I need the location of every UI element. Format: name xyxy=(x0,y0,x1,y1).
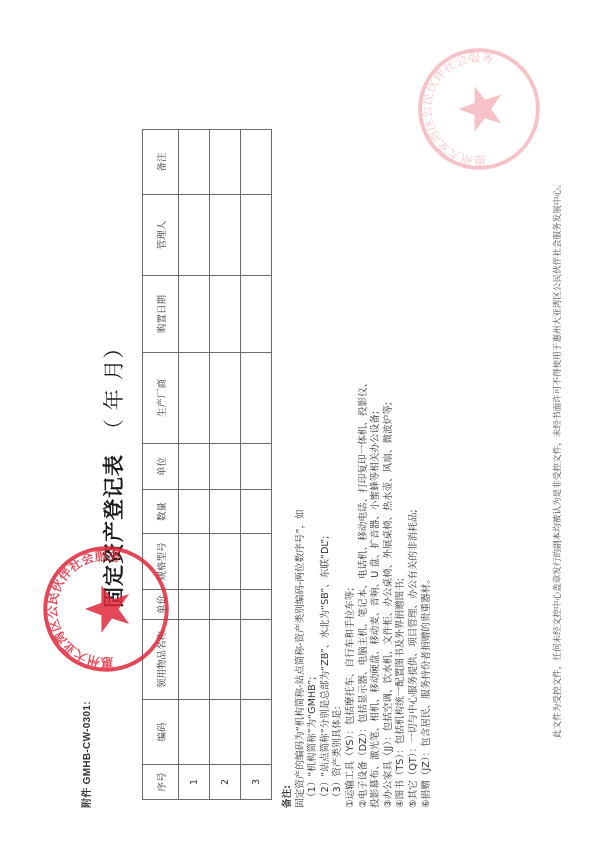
star-icon xyxy=(85,585,129,633)
table-cell xyxy=(179,276,210,353)
table-row: 2 xyxy=(210,130,241,800)
table-cell xyxy=(210,353,241,444)
note-line: ①运输工具（YS）：包括摩托车、自行车和手拉车等; xyxy=(345,88,358,808)
table-cell xyxy=(179,490,210,534)
note-line: ⑥捐赠（JZ）：包含居民、服务持份者捐赠的贵重器材。 xyxy=(421,88,434,808)
row-number-cell: 3 xyxy=(241,765,272,800)
table-cell xyxy=(179,700,210,765)
column-header: 序号 xyxy=(143,765,179,800)
table-cell xyxy=(179,590,210,620)
table-cell xyxy=(210,130,241,195)
table-cell xyxy=(179,195,210,276)
row-number-cell: 2 xyxy=(210,765,241,800)
table-cell xyxy=(210,534,241,590)
column-header: 管理人 xyxy=(143,195,179,276)
column-header: 生产厂商 xyxy=(143,353,179,444)
controlled-document-footer: 此文件为受控文件，任何未经文控中心盖章发行的副本均被认为是非受控文件，未经书面许… xyxy=(551,179,563,738)
column-header: 编码 xyxy=(143,700,179,765)
column-header: 数量 xyxy=(143,490,179,534)
note-line: （1）“机构简称”为“GMHB”; xyxy=(307,88,320,808)
table-row: 3 xyxy=(241,130,272,800)
table-cell xyxy=(210,195,241,276)
table-cell xyxy=(241,444,272,490)
table-cell xyxy=(241,700,272,765)
column-header: 购置日期 xyxy=(143,276,179,353)
note-line: ②电子设备（DZ）：包括显示器、电脑主机、笔记本、电话机、移动电话、打印复印一体… xyxy=(358,88,371,808)
note-line: 投影幕布、激光笔、相机、移动硬盘、移动麦、音响、U 盘、扩音器、小蜜蜂等相关办公… xyxy=(370,88,383,808)
table-cell xyxy=(241,353,272,444)
table-cell xyxy=(241,490,272,534)
column-header: 备注 xyxy=(143,130,179,195)
document-page: 附件 GMHB-CW-0301: 固定资产登记表（ 年 月） 序号编码领用物品名… xyxy=(0,0,600,848)
table-cell xyxy=(241,130,272,195)
note-line: （2）“站点简称”分别是总部为“ZB”、水北为“SB”、东联“DL”; xyxy=(320,88,333,808)
note-line: ⑤其它（QT）：一切与中心服务提供、项目管理、办公有关的非消耗品; xyxy=(408,88,421,808)
note-line: ③办公家具（JJ）：包括空调、饮水机、文件柜、办公桌椅、外展桌椅、热水壶、风扇、… xyxy=(383,88,396,808)
table-cell xyxy=(241,620,272,700)
table-cell xyxy=(210,590,241,620)
attachment-code: 附件 GMHB-CW-0301: xyxy=(78,701,93,808)
column-header: 单位 xyxy=(143,444,179,490)
star-icon xyxy=(459,86,502,132)
table-cell xyxy=(210,620,241,700)
table-cell xyxy=(241,534,272,590)
table-cell xyxy=(210,700,241,765)
table-cell xyxy=(179,444,210,490)
table-row: 1 xyxy=(179,130,210,800)
note-line: 固定资产的编码为“机构简称-站点简称-资产类别编码-两位数序号”，如 xyxy=(295,88,308,808)
table-cell xyxy=(210,490,241,534)
note-line: ④图书（TS）：包括机构统一配置图书及外界捐赠图书; xyxy=(395,88,408,808)
table-cell xyxy=(241,195,272,276)
table-cell xyxy=(179,620,210,700)
seal-graphic: 惠州大亚湾区公民伙伴社会服务发展中心 xyxy=(40,538,172,680)
note-line: （3）资产类别具体是: xyxy=(332,88,345,808)
table-cell xyxy=(179,130,210,195)
table-cell xyxy=(179,534,210,590)
notes-heading: 备注: xyxy=(282,88,295,808)
table-cell xyxy=(241,276,272,353)
table-cell xyxy=(210,276,241,353)
faded-seal-stamp: 惠州大亚湾区公民伙伴社会服务发展中心 xyxy=(415,45,543,173)
row-number-cell: 1 xyxy=(179,765,210,800)
table-cell xyxy=(241,590,272,620)
seal-graphic-faded: 惠州大亚湾区公民伙伴社会服务发展中心 xyxy=(415,45,543,173)
notes-section: 备注: 固定资产的编码为“机构简称-站点简称-资产类别编码-两位数序号”，如（1… xyxy=(282,88,433,808)
table-header-row: 序号编码领用物品名称单价规格型号数量单位生产厂商购置日期管理人备注 xyxy=(143,130,179,800)
table-cell xyxy=(179,353,210,444)
asset-register-table: 序号编码领用物品名称单价规格型号数量单位生产厂商购置日期管理人备注 123 xyxy=(142,129,272,800)
title-period: （ 年 月） xyxy=(102,337,126,440)
official-seal-stamp: 惠州大亚湾区公民伙伴社会服务发展中心 xyxy=(40,538,172,680)
table-cell xyxy=(210,444,241,490)
